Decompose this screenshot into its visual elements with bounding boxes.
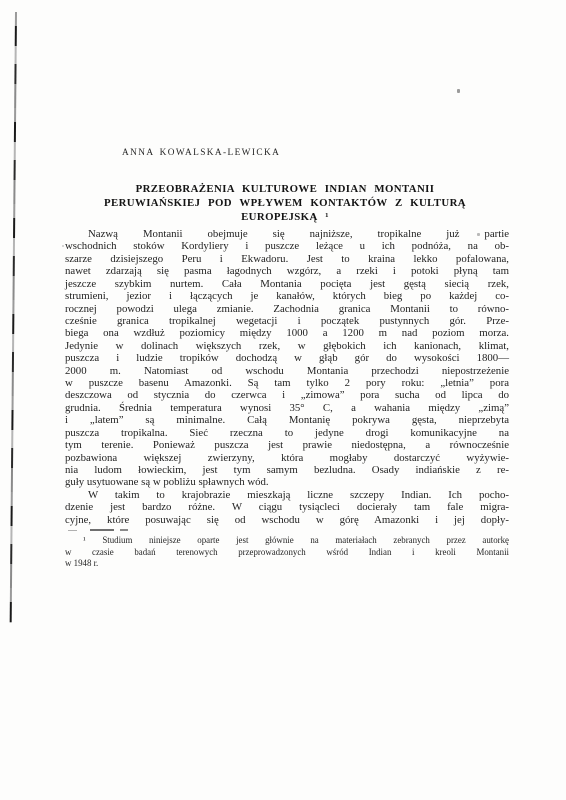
text-line: Jedynie w dolinach większych rzek, w głę… [65,340,509,352]
text-line: wschodnich stoków Kordyliery i puszcze l… [65,240,509,252]
text-line: pozbawiona większej zwierzyny, która mog… [65,452,509,464]
text-line: szarze dzisiejszego Peru i Ekwadoru. Jes… [65,253,509,265]
text-line: grudnia. Średnia temperatura wynosi 35° … [65,402,509,414]
body-paragraph: W takim to krajobrazie mieszkają liczne … [65,489,509,526]
title-line: PRZEOBRAŻENIA KULTUROWE INDIAN MONTANII [60,182,510,196]
text-line: biega ona wzdłuż poziomicy między 1000 a… [65,327,509,339]
text-line: jeszcze szybkim nurtem. Cała Montania po… [65,278,509,290]
text-line: W takim to krajobrazie mieszkają liczne … [65,489,509,501]
title-line: PERUWIAŃSKIEJ POD WPŁYWEM KONTAKTÓW Z KU… [60,196,510,210]
author-line: ANNA KOWALSKA-LEWICKA [122,148,280,158]
text-line: nia ludom łowieckim, jest tym samym bezl… [65,464,509,476]
separator-dash [120,529,128,531]
scan-speck [62,245,64,247]
separator-dash [90,529,114,531]
text-line: tym terenie. Ponieważ puszcza jest prawi… [65,439,509,451]
article-title: PRZEOBRAŻENIA KULTUROWE INDIAN MONTANII … [60,182,510,225]
text-line: Nazwą Montanii obejmuje się najniższe, t… [65,228,509,240]
footnote-separator [68,529,148,533]
text-line: cześnie granica tropikalnej wegetacji i … [65,315,509,327]
text-line: w puszcze basenu Amazonki. Są tam tylko … [65,377,509,389]
scanned-document-page: ANNA KOWALSKA-LEWICKA PRZEOBRAŻENIA KULT… [0,0,566,800]
footnote-line: ¹ Studium niniejsze oparte jest głównie … [65,535,509,547]
text-line: 2000 m. Natomiast od wschodu Montania pr… [65,365,509,377]
text-line: guły usytuowane są w pobliżu spławnych w… [65,476,509,488]
text-line: strumieni, jezior i łączących je kanałów… [65,290,509,302]
text-line: nawet zdarzają się pasma łagodnych wzgór… [65,265,509,277]
footnote: ¹ Studium niniejsze oparte jest głównie … [65,535,509,570]
text-line: deszczowa od stycznia do czerwca i „zimo… [65,389,509,401]
footnote-line: w 1948 r. [65,558,509,570]
body-text: Nazwą Montanii obejmuje się najniższe, t… [65,228,509,526]
text-line: puszcza i ludzie tropików dochodzą w głą… [65,352,509,364]
text-line: rocznej powodzi ulega zmianie. Zachodnia… [65,303,509,315]
footnote-line: w czasie badań terenowych przeprowadzony… [65,547,509,559]
separator-dash [68,530,77,531]
title-line: EUROPEJSKĄ ¹ [60,210,510,224]
scan-speck [457,89,460,93]
text-line: cyjne, które posuwając się od wschodu w … [65,514,509,526]
text-line: puszcza tropikalna. Sieć rzeczna to jedy… [65,427,509,439]
scan-edge-artifact [10,12,17,623]
text-line: dzenie jest bardzo różne. W ciągu tysiąc… [65,501,509,513]
text-line: i „latem” są minimalne. Całą Montanię po… [65,414,509,426]
body-paragraph: Nazwą Montanii obejmuje się najniższe, t… [65,228,509,489]
